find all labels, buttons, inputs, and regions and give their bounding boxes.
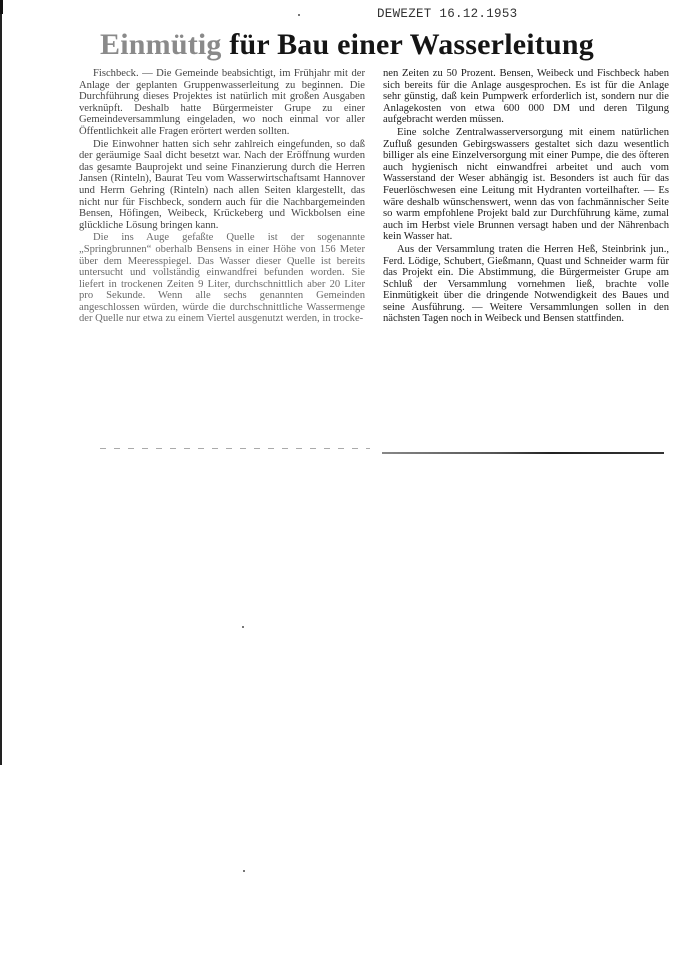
- article-column-left: Fischbeck. — Die Gemeinde beabsichtigt, …: [79, 68, 365, 325]
- scan-edge-line: [0, 0, 2, 765]
- scan-speck: [298, 14, 300, 16]
- scan-speck: [243, 870, 245, 872]
- scan-speck: [242, 626, 244, 628]
- paragraph: Die ins Auge gefaßte Quelle ist der soge…: [79, 232, 365, 325]
- headline-rest: für Bau einer Wasserleitung: [222, 28, 594, 61]
- scan-edge-mark: [0, 0, 3, 14]
- paragraph: Eine solche Zentralwasserversorgung mit …: [383, 127, 669, 243]
- column-end-rule-right: [382, 452, 664, 454]
- date-stamp: DEWEZET 16.12.1953: [377, 7, 517, 21]
- paragraph: Die Einwohner hatten sich sehr zahlreich…: [79, 139, 365, 232]
- paragraph: Fischbeck. — Die Gemeinde beabsichtigt, …: [79, 68, 365, 138]
- paragraph: Aus der Versammlung traten die Herren He…: [383, 244, 669, 325]
- headline-faded-word: Einmütig: [100, 28, 222, 61]
- paragraph: nen Zeiten zu 50 Prozent. Bensen, Weibec…: [383, 68, 669, 126]
- headline: Einmütig für Bau einer Wasserleitung: [100, 28, 660, 62]
- article-column-right: nen Zeiten zu 50 Prozent. Bensen, Weibec…: [383, 68, 669, 325]
- column-end-rule-left: [100, 448, 370, 449]
